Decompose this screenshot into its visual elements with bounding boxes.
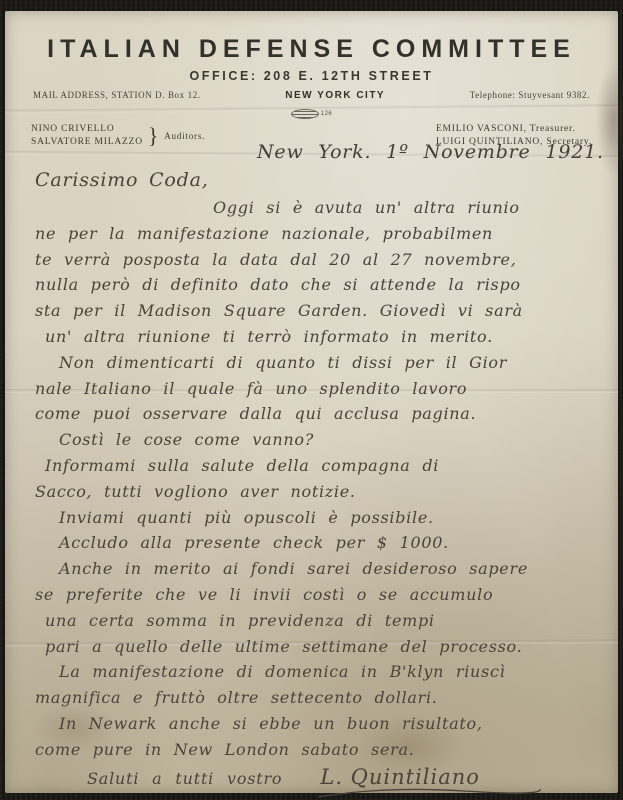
handwritten-line: Anche in merito ai fondi sarei desideros… — [59, 556, 602, 582]
union-printers-bug: 126 — [5, 109, 618, 119]
handwritten-line: Inviami quanti più opuscoli è possibile. — [59, 505, 602, 531]
handwritten-line: Sacco, tutti vogliono aver notizie. — [35, 479, 602, 505]
handwritten-line: come puoi osservare dalla qui acclusa pa… — [35, 401, 602, 427]
handwritten-line: Costì le cose come vanno? — [59, 427, 602, 453]
closing-phrase: Saluti a tutti vostro — [87, 769, 282, 788]
letter-paper: ITALIAN DEFENSE COMMITTEE OFFICE: 208 E.… — [5, 11, 618, 793]
handwritten-line: ne per la manifestazione nazionale, prob… — [35, 221, 602, 247]
city-label: NEW YORK CITY — [285, 90, 385, 101]
closing-row: Saluti a tutti vostro L. Quintiliano — [87, 765, 602, 789]
union-bug-number: 126 — [321, 111, 333, 117]
handwritten-line: Non dimenticarti di quanto ti dissi per … — [59, 350, 602, 376]
handwritten-line: nulla però di definito dato che si atten… — [35, 272, 602, 298]
handwritten-line: te verrà posposta la data dal 20 al 27 n… — [35, 247, 602, 273]
handwritten-line: pari a quello delle ultime settimane del… — [45, 634, 602, 660]
union-bug-icon — [291, 109, 319, 119]
handwritten-line: Informami sulla salute della compagna di — [45, 453, 602, 479]
mail-address: MAIL ADDRESS, STATION D. Box 12. — [33, 90, 201, 100]
handwritten-line: un' altra riunione ti terrò informato in… — [45, 324, 602, 350]
handwritten-letter-body: New York. 1º Novembre 1921. Carissimo Co… — [35, 139, 602, 789]
signature-flourish — [314, 783, 544, 800]
handwritten-line: Oggi si è avuta un' altra riunio — [213, 195, 602, 221]
handwritten-line: Accludo alla presente check per $ 1000. — [59, 530, 602, 556]
signature: L. Quintiliano — [320, 765, 480, 789]
telephone-label: Telephone: Stuyvesant 9382. — [470, 90, 590, 100]
letterhead-info-row: MAIL ADDRESS, STATION D. Box 12. NEW YOR… — [5, 90, 618, 101]
auditor-name: NINO CRIVELLO — [31, 123, 143, 136]
office-address: OFFICE: 208 E. 12TH STREET — [5, 69, 618, 83]
handwritten-line: La manifestazione di domenica in B'klyn … — [59, 659, 602, 685]
org-title: ITALIAN DEFENSE COMMITTEE — [5, 35, 618, 64]
handwritten-line: sta per il Madison Square Garden. Gioved… — [35, 298, 602, 324]
handwritten-line: In Newark anche si ebbe un buon risultat… — [59, 711, 602, 737]
handwritten-line: una certa somma in previdenza di tempi — [45, 608, 602, 634]
letterhead: ITALIAN DEFENSE COMMITTEE OFFICE: 208 E.… — [5, 11, 618, 149]
handwritten-line: come pure in New London sabato sera. — [35, 737, 602, 763]
handwritten-line: nale Italiano il quale fà uno splendito … — [35, 376, 602, 402]
treasurer-line: EMILIO VASCONI, Treasurer. — [436, 123, 592, 136]
handwritten-line: magnifica e fruttò oltre settecento doll… — [35, 685, 602, 711]
dateline: New York. 1º Novembre 1921. — [257, 139, 602, 166]
handwritten-line: se preferite che ve li invii costì o se … — [35, 582, 602, 608]
salutation: Carissimo Coda, — [35, 166, 602, 195]
